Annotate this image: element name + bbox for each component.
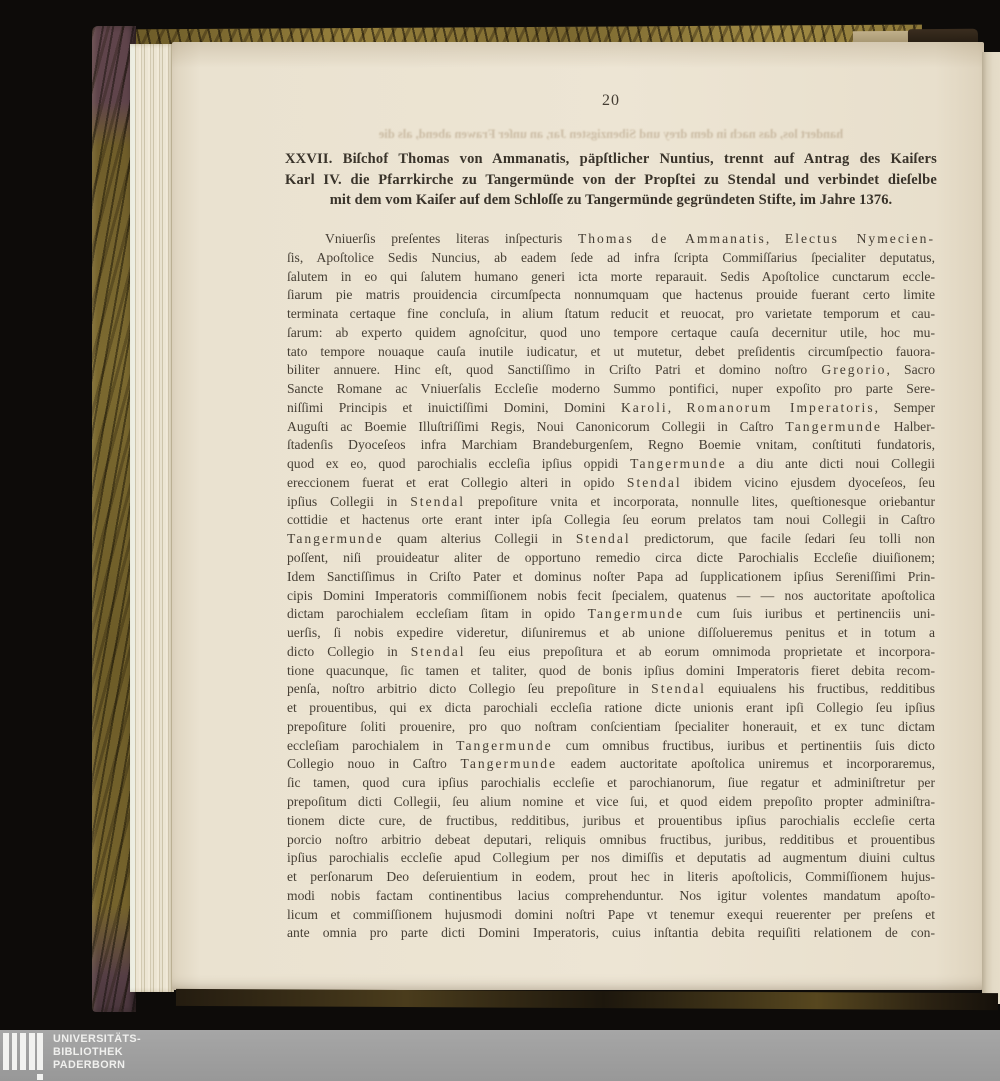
letterspaced-text: Romanorum Imperatoris — [687, 400, 875, 415]
header-line: mit dem vom Kaiſer auf dem Schloſſe zu T… — [285, 190, 937, 211]
page-number: 20 — [287, 92, 935, 110]
library-logo-icon — [3, 1033, 51, 1078]
body-line: cottidie et hactenus orte erant inter ip… — [287, 511, 935, 530]
show-through-text: handert los, das nach in dem drey und Si… — [287, 127, 935, 147]
body-line: et prouentibus, qui ex dicta parochiali … — [287, 699, 935, 718]
page-stack-edges — [130, 44, 174, 992]
library-watermark-text: UNIVERSITÄTS- BIBLIOTHEK PADERBORN — [53, 1033, 141, 1072]
body-line: Sancte Romane ac Vniuerſalis Eccleſie mo… — [287, 380, 935, 399]
letterspaced-text: Electus Nymecien- — [785, 231, 935, 246]
body-line: ante omnia pro parte dicti Domini Impera… — [287, 924, 935, 943]
letterspaced-text: Thomas de Ammanatis — [578, 231, 766, 246]
letterspaced-text: Tangermunde — [287, 531, 384, 546]
letterspaced-text: Stendal — [651, 681, 706, 696]
body-line: ereccionem fuerat et erat Collegio alter… — [287, 474, 935, 493]
body-line: dictam parochialem eccleſiam ſitam in op… — [287, 605, 935, 624]
logo-bar — [20, 1033, 26, 1070]
body-line: cipis Domini Imperatoris commiſſionem no… — [287, 587, 935, 606]
logo-bar — [3, 1033, 9, 1070]
body-line: ſic tamen, quod cura ipſius parochialis … — [287, 774, 935, 793]
book-bottom-edge — [176, 989, 998, 1010]
body-line: modi nobis factam continentibus lacius c… — [287, 887, 935, 906]
body-line: tato tempore nouaque cauſa inutile iudic… — [287, 343, 935, 362]
letterspaced-text: Tangermunde — [456, 738, 553, 753]
header-line: XXVII. Biſchof Thomas von Ammanatis, päp… — [285, 149, 937, 170]
letterspaced-text: Stendal — [627, 475, 682, 490]
library-watermark-band: UNIVERSITÄTS- BIBLIOTHEK PADERBORN — [0, 1030, 1000, 1081]
body-line: Vniuerſis preſentes literas inſpecturis … — [287, 230, 935, 249]
body-line: ſalutem in eo qui ſalutem humano generi … — [287, 268, 935, 287]
body-line: Idem Sanctiſſimus in Criſto Pater et dom… — [287, 568, 935, 587]
letterspaced-text: Tangermunde — [630, 456, 727, 471]
body-line: niſſimi Principis et inuictiſſimi Domini… — [287, 399, 935, 418]
header-line: Karl IV. die Pfarrkirche zu Tangermünde … — [285, 170, 937, 191]
letterspaced-text: Stendal — [410, 494, 465, 509]
body-line: biliter annuere. Hinc eſt, quod Sanctiſſ… — [287, 361, 935, 380]
body-line: ipſius Collegii in Stendal prepoſiture v… — [287, 493, 935, 512]
watermark-line: UNIVERSITÄTS- — [53, 1033, 141, 1046]
logo-bar — [37, 1033, 43, 1070]
body-line: ſis, Apoſtolice Sedis Nuncius, ab eadem … — [287, 249, 935, 268]
body-line: Auguſti ac Boemie Illuſtriſſimi Regis, N… — [287, 418, 935, 437]
body-line: dicto Collegio in Stendal ſeu eius prepo… — [287, 643, 935, 662]
document-header: XXVII. Biſchof Thomas von Ammanatis, päp… — [285, 149, 937, 211]
letterspaced-text: Gregorio — [821, 362, 886, 377]
letterspaced-text: Tangermunde — [588, 606, 685, 621]
body-line: prepoſiture ſoliti prouenire, pro quo no… — [287, 718, 935, 737]
body-line: penſa, noſtro arbitrio dicto Collegio ſe… — [287, 680, 935, 699]
body-line: terminata certaque fine concluſa, in ali… — [287, 305, 935, 324]
watermark-line: BIBLIOTHEK — [53, 1046, 141, 1059]
letterspaced-text: Stendal — [411, 644, 466, 659]
body-line: poſſent, niſi prouideatur aliter de oppo… — [287, 549, 935, 568]
logo-bar — [29, 1033, 35, 1070]
logo-bar — [12, 1033, 18, 1070]
logo-bar-dot — [37, 1074, 43, 1080]
body-line: tione quacunque, ſic tamen et taliter, q… — [287, 662, 935, 681]
body-line: eccleſiam parochialem in Tangermunde cum… — [287, 737, 935, 756]
body-line: ſiarum pie matris prouidencia circumſpec… — [287, 286, 935, 305]
letterspaced-text: Tangermunde — [785, 419, 882, 434]
body-line: ſarum: ab experto quidem agnoſcitur, quo… — [287, 324, 935, 343]
facing-page-sliver — [982, 52, 1000, 1004]
body-line: licum et commiſſionem hujusmodi domini n… — [287, 906, 935, 925]
body-line: uerſis, ſi nobis expedire videretur, diſ… — [287, 624, 935, 643]
body-line: ipſius parochialis eccleſie apud Collegi… — [287, 849, 935, 868]
watermark-line: PADERBORN — [53, 1059, 141, 1072]
document-body: Vniuerſis preſentes literas inſpecturis … — [287, 230, 935, 943]
body-line: et perſonarum Deo deſeruientium in eodem… — [287, 868, 935, 887]
letterspaced-text: Tangermunde — [461, 756, 558, 771]
letterspaced-text: Karoli — [621, 400, 668, 415]
letterspaced-text: Stendal — [576, 531, 631, 546]
body-line: tionem dicte cure, de fructibus, redditi… — [287, 812, 935, 831]
body-line: Tangermunde quam alterius Collegii in St… — [287, 530, 935, 549]
body-line: porcio noſtro arbitrio debeat deputari, … — [287, 831, 935, 850]
body-line: quod ex eo, quod parochialis eccleſia ip… — [287, 455, 935, 474]
body-line: Collegio nouo in Caſtro Tangermunde eade… — [287, 755, 935, 774]
body-line: ſtadenſis Dyoceſeos infra Marchiam Brand… — [287, 436, 935, 455]
body-line: prepoſitum dicti Collegii, ſeu alium nom… — [287, 793, 935, 812]
